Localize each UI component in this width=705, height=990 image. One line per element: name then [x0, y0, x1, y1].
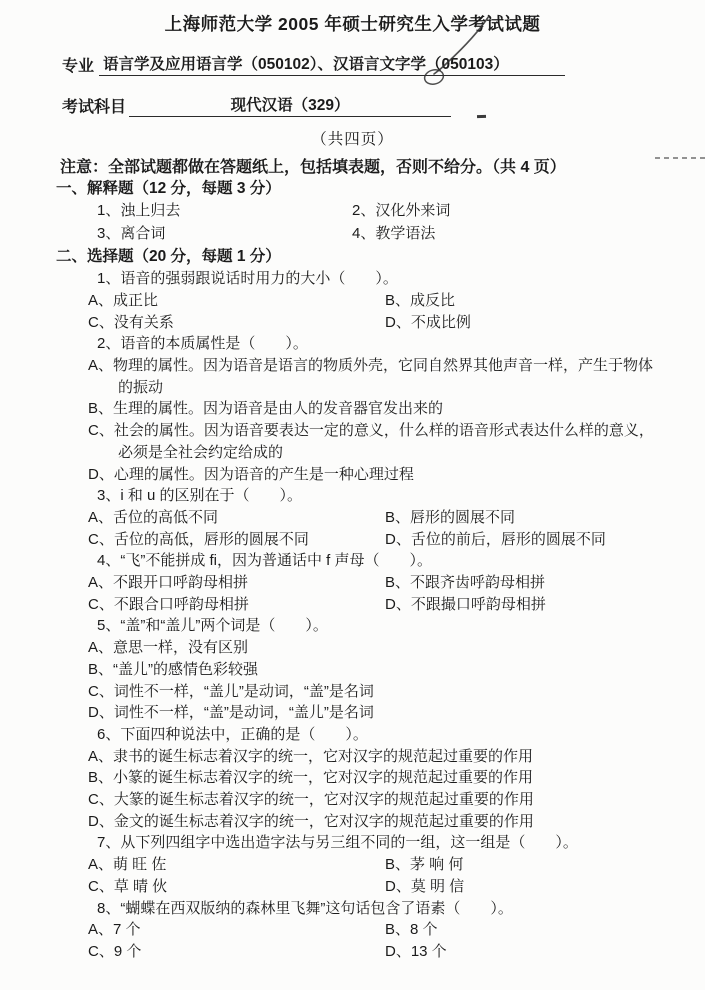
option-row: C、舌位的高低，唇形的圆展不同 D、舌位的前后，唇形的圆展不同: [88, 529, 705, 551]
question-stem: 3、i 和 u 的区别在于（ ）。: [97, 485, 705, 507]
section1-items: 1、浊上归去 2、汉化外来词 3、离合词 4、教学语法: [0, 200, 705, 245]
option: A、7 个: [88, 921, 141, 938]
option-row: A、不跟开口呼韵母相拼 B、不跟齐齿呼韵母相拼: [88, 572, 705, 594]
question-stem: 1、语音的强弱跟说话时用力的大小（ ）。: [97, 268, 705, 290]
question-stem: 6、下面四种说法中，正确的是（ ）。: [97, 724, 705, 746]
major-value: 语言学及应用语言学（050102）、汉语言文字学（050103）: [99, 52, 565, 76]
option: A、不跟开口呼韵母相拼: [88, 574, 248, 591]
option: C、不跟合口呼韵母相拼: [88, 596, 249, 613]
definition-item: 4、教学语法: [352, 223, 435, 246]
option: B、不跟齐齿呼韵母相拼: [385, 572, 545, 594]
question-stem: 4、“飞”不能拼成 fi，因为普通话中 f 声母（ ）。: [97, 550, 705, 572]
section2-questions: 1、语音的强弱跟说话时用力的大小（ ）。 A、成正比 B、成反比 C、没有关系 …: [0, 268, 705, 963]
major-label: 专业: [62, 58, 94, 75]
option: A、物理的属性。因为语音是语言的物质外壳，它同自然界其他声音一样，产生于物体的振…: [118, 355, 657, 398]
definition-item: 3、离合词: [97, 225, 165, 242]
question-stem: 2、语音的本质属性是（ ）。: [97, 333, 705, 355]
question-stem: 7、从下列四组字中选出造字法与另三组不同的一组，这一组是（ ）。: [97, 832, 705, 854]
option: B、“盖儿”的感情色彩较强: [118, 659, 657, 681]
notice-line: 注意：全部试题都做在答题纸上，包括填表题，否则不给分。（共 4 页）: [60, 154, 705, 177]
option-row: A、萌 旺 佐 B、茅 响 何: [88, 854, 705, 876]
option: C、没有关系: [88, 314, 174, 331]
question-stem: 8、“蝴蝶在西双版纳的森林里飞舞”这句话包含了语素（ ）。: [97, 898, 705, 920]
option: B、8 个: [385, 919, 438, 941]
option: B、生理的属性。因为语音是由人的发音器官发出来的: [118, 398, 657, 420]
option: B、茅 响 何: [385, 854, 463, 876]
option-row: C、没有关系 D、不成比例: [88, 312, 705, 334]
option: C、9 个: [88, 943, 141, 960]
option: D、13 个: [385, 941, 447, 963]
option: D、莫 明 信: [385, 876, 464, 898]
subject-value: 现代汉语（329）: [129, 93, 451, 117]
option: D、词性不一样，“盖”是动词，“盖儿”是名词: [118, 702, 657, 724]
page-title: 上海师范大学 2005 年硕士研究生入学考试试题: [0, 0, 705, 36]
option: C、舌位的高低，唇形的圆展不同: [88, 531, 309, 548]
question-stem: 5、“盖”和“盖儿”两个词是（ ）。: [97, 615, 705, 637]
option: A、隶书的诞生标志着汉字的统一，它对汉字的规范起过重要的作用: [118, 746, 657, 768]
exam-paper-page: 上海师范大学 2005 年硕士研究生入学考试试题 专业语言学及应用语言学（050…: [0, 0, 705, 990]
definition-item: 1、浊上归去: [97, 202, 180, 219]
scan-artifact-dash: [477, 115, 486, 118]
option: B、成反比: [385, 290, 455, 312]
definition-item: 2、汉化外来词: [352, 200, 450, 223]
option: D、金文的诞生标志着汉字的统一，它对汉字的规范起过重要的作用: [118, 811, 657, 833]
section2-heading: 二、选择题（20 分，每题 1 分）: [56, 245, 705, 268]
option: D、不成比例: [385, 312, 471, 334]
option: A、意思一样，没有区别: [118, 637, 657, 659]
option: B、小篆的诞生标志着汉字的统一，它对汉字的规范起过重要的作用: [118, 767, 657, 789]
option: C、草 晴 伙: [88, 878, 167, 895]
option-row: C、草 晴 伙 D、莫 明 信: [88, 876, 705, 898]
option-row: C、不跟合口呼韵母相拼 D、不跟撮口呼韵母相拼: [88, 594, 705, 616]
section1-heading: 一、解释题（12 分，每题 3 分）: [56, 177, 705, 200]
option: A、成正比: [88, 292, 158, 309]
option: D、心理的属性。因为语音的产生是一种心理过程: [118, 464, 657, 486]
option-row: A、成正比 B、成反比: [88, 290, 705, 312]
option: A、萌 旺 佐: [88, 856, 166, 873]
subject-label: 考试科目: [62, 99, 126, 116]
option-row: A、7 个 B、8 个: [88, 919, 705, 941]
option-row: A、舌位的高低不同 B、唇形的圆展不同: [88, 507, 705, 529]
option: D、不跟撮口呼韵母相拼: [385, 594, 546, 616]
definition-item-row: 3、离合词 4、教学语法: [97, 223, 705, 246]
option: C、社会的属性。因为语音要表达一定的意义，什么样的语音形式表达什么样的意义，必须…: [118, 420, 657, 463]
scan-artifact-dashed-line: [655, 157, 705, 159]
option-row: C、9 个 D、13 个: [88, 941, 705, 963]
subject-field: 考试科目现代汉语（329）: [62, 93, 705, 117]
major-field: 专业语言学及应用语言学（050102）、汉语言文字学（050103）: [62, 52, 705, 76]
option: C、大篆的诞生标志着汉字的统一，它对汉字的规范起过重要的作用: [118, 789, 657, 811]
definition-item-row: 1、浊上归去 2、汉化外来词: [97, 200, 705, 223]
pages-note: （共四页）: [0, 127, 705, 149]
option: C、词性不一样，“盖儿”是动词，“盖”是名词: [118, 681, 657, 703]
option: D、舌位的前后，唇形的圆展不同: [385, 529, 606, 551]
option: B、唇形的圆展不同: [385, 507, 515, 529]
option: A、舌位的高低不同: [88, 509, 218, 526]
